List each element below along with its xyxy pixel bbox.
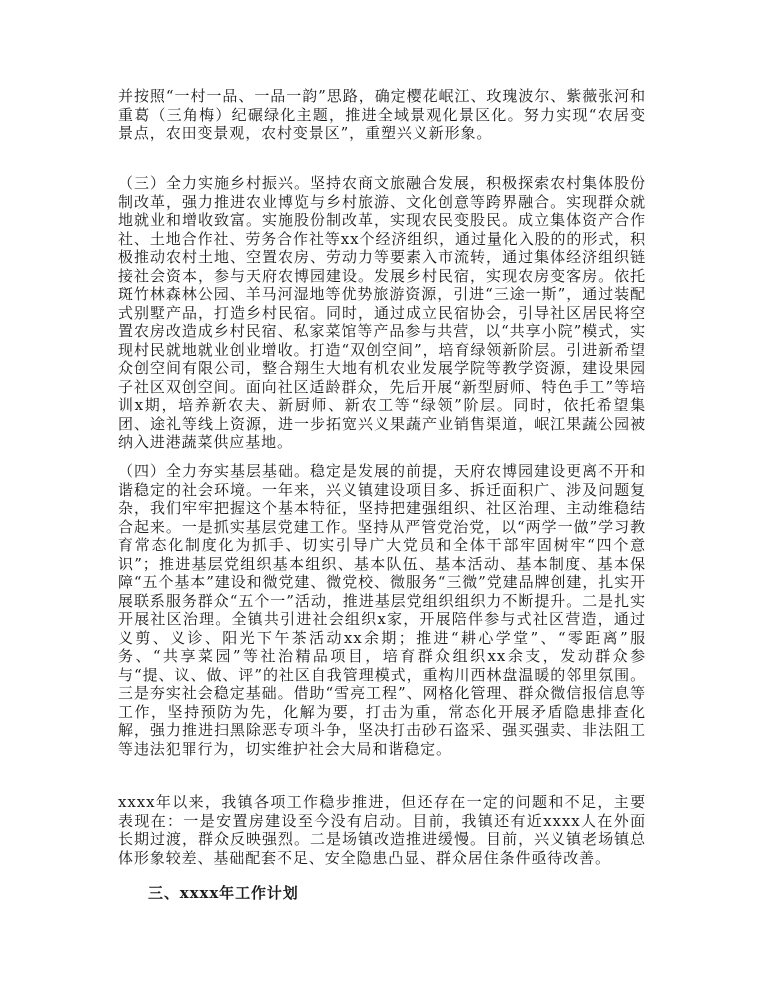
paragraph-problems-shortcomings: xxxx年以来，我镇各项工作稳步推进，但还存在一定的问题和不足，主要表现在：一是… xyxy=(118,793,646,867)
section-heading-work-plan: 三、xxxx年工作计划 xyxy=(148,883,299,903)
paragraph-grassroots-foundation: （四）全力夯实基层基础。稳定是发展的前提，天府农博园建设更离不开和谐稳定的社会环… xyxy=(118,462,646,758)
paragraph-rural-revitalization: （三）全力实施乡村振兴。坚持农商文旅融合发展，积极探索农村集体股份制改革，强力推… xyxy=(118,174,646,452)
document-page: 并按照“一村一品、一品一韵”思路，确定樱花岷江、玫瑰波尔、紫薇张河和重葛（三角梅… xyxy=(0,0,770,1000)
paragraph-greening-themes: 并按照“一村一品、一品一韵”思路，确定樱花岷江、玫瑰波尔、紫薇张河和重葛（三角梅… xyxy=(118,87,646,143)
